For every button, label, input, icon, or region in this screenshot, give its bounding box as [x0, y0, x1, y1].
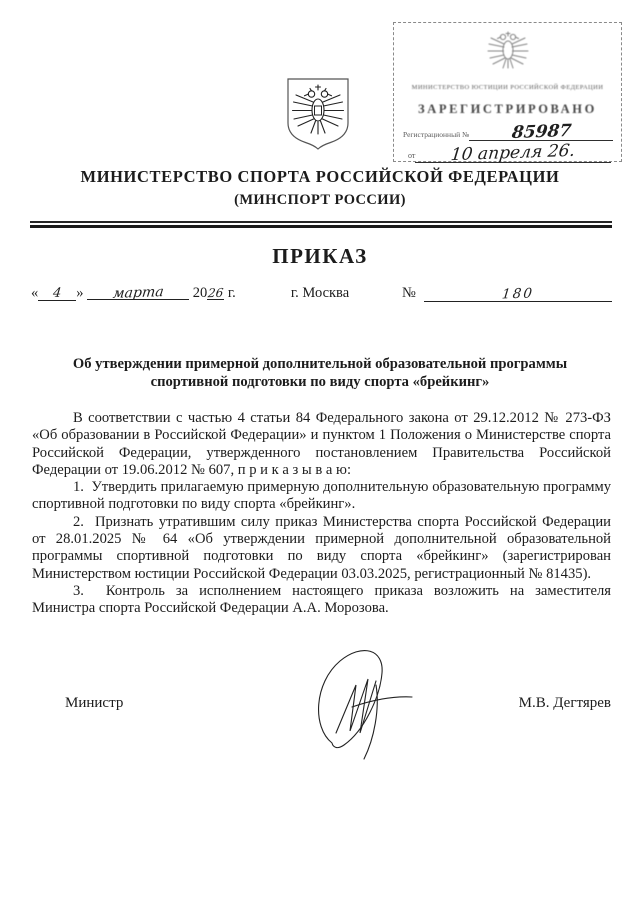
- stamp-ministry-line: МИНИСТЕРСТВО ЮСТИЦИИ РОССИЙСКОЙ ФЕДЕРАЦИ…: [396, 84, 619, 91]
- order-title: ПРИКАЗ: [0, 244, 640, 269]
- body-paragraph-item-3: 3. Контроль за исполнением настоящего пр…: [32, 583, 611, 618]
- stamp-date-prefix: от: [408, 151, 415, 163]
- registration-stamp: МИНИСТЕРСТВО ЮСТИЦИИ РОССИЙСКОЙ ФЕДЕРАЦИ…: [393, 22, 622, 162]
- body-paragraph-item-2: 2. Признать утратившим силу приказ Минис…: [32, 514, 611, 583]
- stamp-reg-number-label: Регистрационный №: [403, 130, 469, 141]
- stamp-eagle-emblem-icon: [484, 28, 532, 70]
- stamp-registration-number-row: Регистрационный № 85987: [403, 124, 613, 141]
- number-label: №: [402, 285, 416, 302]
- body-paragraph-preamble: В соответствии с частью 4 статьи 84 Феде…: [32, 410, 611, 479]
- stamp-date-value: 10 апреля 26.: [415, 144, 611, 163]
- signer-position: Министр: [65, 695, 123, 712]
- signer-name: М.В. Дегтярев: [519, 695, 611, 712]
- document-page: МИНИСТЕРСТВО ЮСТИЦИИ РОССИЙСКОЙ ФЕДЕРАЦИ…: [0, 0, 640, 905]
- stamp-registered-label: ЗАРЕГИСТРИРОВАНО: [394, 102, 621, 117]
- order-body: В соответствии с частью 4 статьи 84 Феде…: [32, 410, 611, 618]
- order-number: № 180: [402, 285, 612, 302]
- ministry-name: МИНИСТЕРСТВО СПОРТА РОССИЙСКОЙ ФЕДЕРАЦИИ: [0, 167, 640, 187]
- divider-line-thick: [30, 225, 612, 228]
- divider-line-thin: [30, 221, 612, 223]
- body-paragraph-item-1: 1. Утвердить прилагаемую примерную допол…: [32, 479, 611, 514]
- ministry-short-name: (МИНСПОРТ РОССИИ): [0, 192, 640, 209]
- signature-ink: [292, 645, 414, 773]
- coat-of-arms-icon: [284, 77, 352, 151]
- number-blank: 180: [424, 288, 612, 302]
- stamp-date-row: от 10 апреля 26.: [408, 144, 611, 163]
- date-row: «4» марта 2026 г. г. Москва № 180: [0, 278, 640, 304]
- stamp-reg-number-value: 85987: [469, 124, 613, 141]
- order-subject: Об утверждении примерной дополнительной …: [50, 356, 590, 391]
